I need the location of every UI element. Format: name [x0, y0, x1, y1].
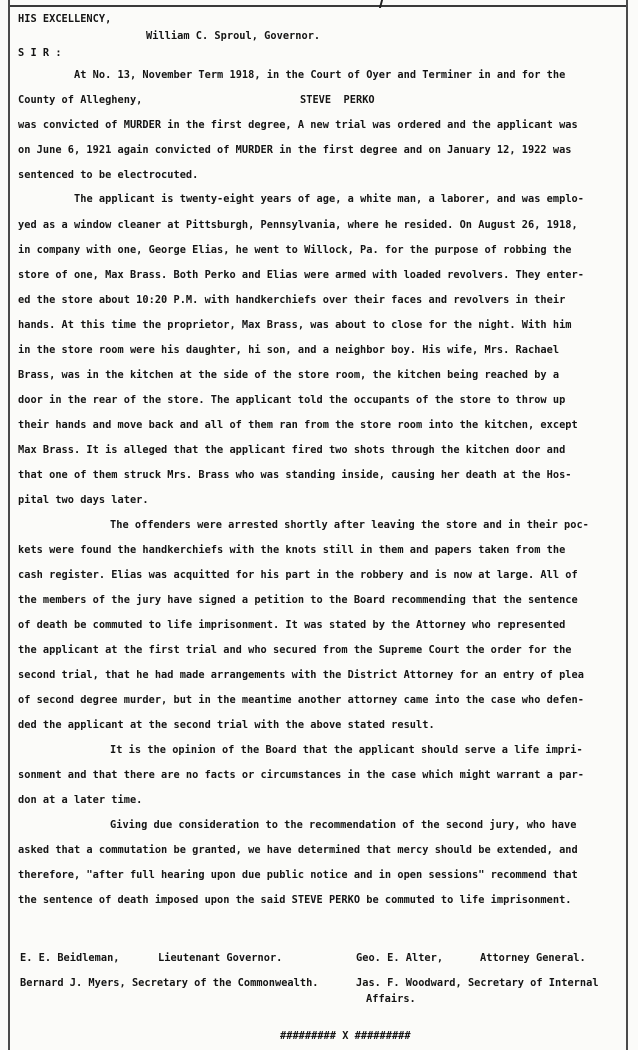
body-line: yed as a window cleaner at Pittsburgh, P…: [18, 218, 578, 232]
body-line: store of one, Max Brass. Both Perko and …: [18, 268, 584, 282]
left-border-rule: [8, 0, 10, 1050]
body-line: sentenced to be electrocuted.: [18, 168, 198, 182]
body-line: their hands and move back and all of the…: [18, 418, 578, 432]
body-line: ded the applicant at the second trial wi…: [18, 718, 435, 732]
addressee: HIS EXCELLENCY,: [18, 12, 111, 26]
signature-title-1: Lieutenant Governor.: [158, 951, 282, 965]
document-page: HIS EXCELLENCY, William C. Sproul, Gover…: [0, 0, 638, 1050]
signature-name-1: E. E. Beidleman,: [20, 951, 120, 965]
county-line: County of Allegheny,: [18, 93, 142, 107]
right-border-rule: [626, 0, 628, 1050]
body-line: sonment and that there are no facts or c…: [18, 768, 584, 782]
body-line: of death be commuted to life imprisonmen…: [18, 618, 565, 632]
case-intro-line: At No. 13, November Term 1918, in the Co…: [74, 68, 565, 82]
body-line: Giving due consideration to the recommen…: [110, 818, 576, 832]
body-line: Max Brass. It is alleged that the applic…: [18, 443, 565, 457]
body-line: was convicted of MURDER in the first deg…: [18, 118, 578, 132]
top-border-rule: [8, 5, 628, 7]
signature-name-4: Jas. F. Woodward, Secretary of Internal: [356, 976, 599, 990]
body-line: door in the rear of the store. The appli…: [18, 393, 565, 407]
body-line: the applicant at the first trial and who…: [18, 643, 572, 657]
governor-name: William C. Sproul, Governor.: [146, 29, 320, 43]
body-line: in company with one, George Elias, he we…: [18, 243, 572, 257]
body-line: that one of them struck Mrs. Brass who w…: [18, 468, 572, 482]
signature-name-2: Geo. E. Alter,: [356, 951, 443, 965]
body-line: The applicant is twenty-eight years of a…: [74, 192, 584, 206]
body-line: pital two days later.: [18, 493, 149, 507]
signature-title-4: Affairs.: [366, 992, 416, 1006]
body-line: of second degree murder, but in the mean…: [18, 693, 584, 707]
body-line: The offenders were arrested shortly afte…: [110, 518, 589, 532]
salutation-sir: S I R :: [18, 46, 62, 60]
footer-mark: ######### X #########: [280, 1029, 411, 1043]
body-line: in the store room were his daughter, hi …: [18, 343, 559, 357]
body-line: therefore, "after full hearing upon due …: [18, 868, 578, 882]
defendant-name: STEVE PERKO: [300, 93, 375, 107]
body-line: second trial, that he had made arrangeme…: [18, 668, 584, 682]
body-line: on June 6, 1921 again convicted of MURDE…: [18, 143, 572, 157]
body-line: It is the opinion of the Board that the …: [110, 743, 583, 757]
body-line: Brass, was in the kitchen at the side of…: [18, 368, 559, 382]
body-line: ed the store about 10:20 P.M. with handk…: [18, 293, 565, 307]
body-line: the sentence of death imposed upon the s…: [18, 893, 572, 907]
body-line: the members of the jury have signed a pe…: [18, 593, 578, 607]
body-line: asked that a commutation be granted, we …: [18, 843, 578, 857]
signature-title-2: Attorney General.: [480, 951, 586, 965]
signature-name-3: Bernard J. Myers, Secretary of the Commo…: [20, 976, 319, 990]
body-line: kets were found the handkerchiefs with t…: [18, 543, 565, 557]
body-line: cash register. Elias was acquitted for h…: [18, 568, 578, 582]
body-line: don at a later time.: [18, 793, 142, 807]
body-line: hands. At this time the proprietor, Max …: [18, 318, 572, 332]
